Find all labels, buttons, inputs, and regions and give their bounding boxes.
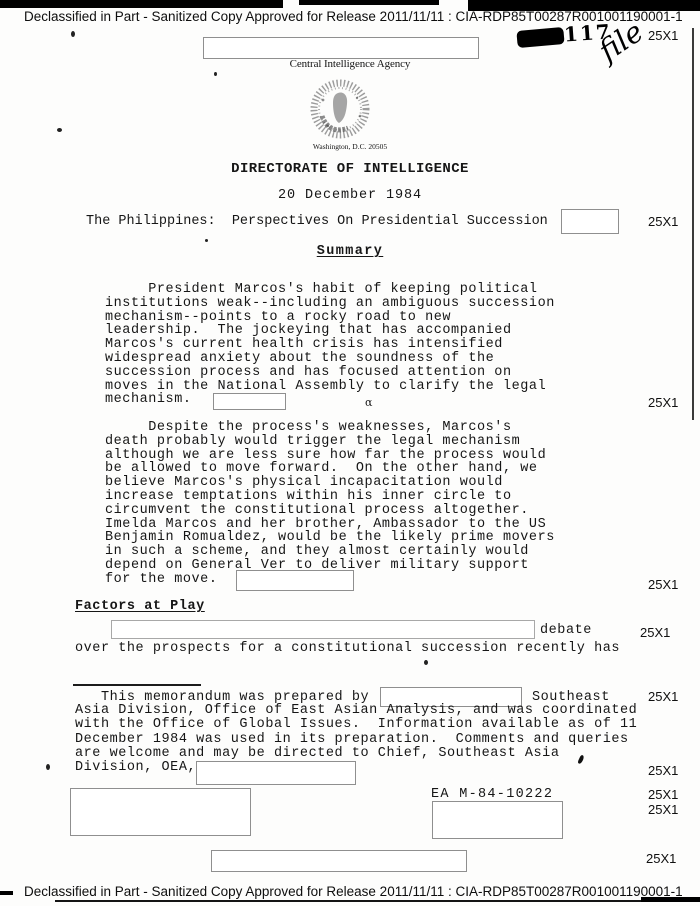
redaction-box: [203, 37, 479, 59]
summary-heading: Summary: [10, 244, 690, 259]
redaction-code-label: 25X1: [648, 214, 678, 229]
scan-artifact-bar: [299, 0, 439, 5]
scan-speck: [214, 72, 217, 76]
scan-artifact-mark: [0, 891, 13, 895]
directorate-title: DIRECTORATE OF INTELLIGENCE: [10, 161, 690, 177]
agency-location: Washington, D.C. 20505: [10, 142, 690, 151]
footnote-body: Asia Division, Office of East Asian Anal…: [75, 704, 637, 775]
redaction-box: [236, 570, 354, 591]
redaction-code-label: 25X1: [648, 787, 678, 802]
scan-speck: [205, 239, 208, 242]
document-date: 20 December 1984: [10, 188, 690, 203]
scan-artifact-line: [692, 28, 694, 420]
pen-scribble: [516, 27, 564, 48]
stray-pen-mark: α: [365, 396, 372, 409]
document-number: EA M-84-10222: [431, 787, 553, 802]
agency-name: Central Intelligence Agency: [10, 58, 690, 70]
scan-speck: [71, 31, 75, 37]
redaction-box: [561, 209, 619, 234]
factors-line1-text: debate: [540, 623, 592, 638]
declassification-footer: Declassified in Part - Sanitized Copy Ap…: [24, 884, 683, 899]
redaction-box: [213, 393, 286, 410]
scan-artifact-bar: [0, 0, 283, 8]
factors-line2-text: over the prospects for a constitutional …: [75, 641, 620, 656]
factors-heading: Factors at Play: [75, 599, 205, 614]
scan-speck: [57, 128, 62, 132]
document-title: The Philippines: Perspectives On Preside…: [86, 214, 548, 229]
footer-rule: [55, 900, 665, 902]
scan-speck: [424, 660, 428, 665]
redaction-code-label: 25X1: [648, 28, 678, 43]
redaction-code-label: 25X1: [646, 851, 676, 866]
footnote-separator: [73, 684, 201, 686]
redaction-box: [196, 761, 356, 785]
redaction-code-label: 25X1: [648, 763, 678, 778]
redaction-box: [70, 788, 251, 836]
redaction-code-label: 25X1: [648, 395, 678, 410]
redaction-box: [111, 620, 535, 639]
redaction-code-label: 25X1: [648, 577, 678, 592]
redaction-code-label: 25X1: [648, 802, 678, 817]
summary-paragraph-1: President Marcos's habit of keeping poli…: [105, 283, 555, 407]
summary-paragraph-2: Despite the process's weaknesses, Marcos…: [105, 421, 555, 587]
redaction-box: [211, 850, 467, 872]
scan-speck: [46, 764, 50, 770]
document-page: Declassified in Part - Sanitized Copy Ap…: [0, 0, 700, 906]
scan-artifact-bar: [641, 897, 700, 902]
redaction-code-label: 25X1: [648, 689, 678, 704]
redaction-code-label: 25X1: [640, 625, 670, 640]
cia-seal: [305, 76, 375, 146]
redaction-box: [432, 801, 563, 839]
